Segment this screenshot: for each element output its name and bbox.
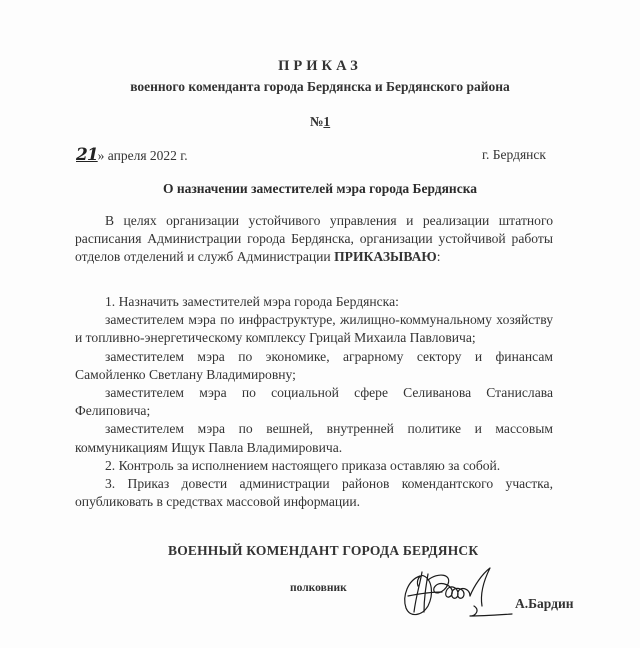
list-item: заместителем мэра по инфраструктуре, жил… — [75, 311, 553, 347]
order-heading: О назначении заместителей мэра города Бе… — [0, 181, 640, 197]
order-items: 1. Назначить заместителей мэра города Бе… — [75, 293, 553, 511]
signatory-name: А.Бардин — [515, 596, 574, 612]
preamble-paragraph: В целях организации устойчивого управлен… — [75, 212, 553, 267]
list-item: 3. Приказ довести администрации районов … — [75, 475, 553, 511]
order-city: г. Бердянск — [482, 147, 546, 163]
list-item: заместителем мэра по экономике, аграрном… — [75, 348, 553, 384]
signatory-position: ВОЕННЫЙ КОМЕНДАНТ ГОРОДА БЕРДЯНСК — [168, 543, 478, 559]
document-title: ПРИКАЗ — [0, 58, 640, 75]
number-prefix: № — [310, 114, 324, 129]
order-date: 21» апреля 2022 г. — [76, 145, 188, 165]
command-word: ПРИКАЗЫВАЮ — [334, 249, 437, 264]
handwritten-signature — [398, 566, 513, 622]
list-item: 2. Контроль за исполнением настоящего пр… — [75, 457, 553, 475]
document-subtitle: военного коменданта города Бердянска и Б… — [0, 79, 640, 95]
handwritten-day: 21 — [76, 145, 98, 165]
number-value: 1 — [323, 114, 330, 129]
signatory-rank: полковник — [290, 582, 347, 594]
preamble-text: В целях организации устойчивого управлен… — [75, 213, 553, 264]
preamble: В целях организации устойчивого управлен… — [75, 212, 553, 267]
date-rest: » апреля 2022 г. — [98, 148, 188, 163]
order-number: №1 — [0, 114, 640, 130]
list-item: заместителем мэра по социальной сфере Се… — [75, 384, 553, 420]
signature-icon — [398, 566, 513, 622]
command-suffix: : — [437, 249, 441, 264]
list-item: заместителем мэра по вешней, внутренней … — [75, 420, 553, 456]
list-item: 1. Назначить заместителей мэра города Бе… — [75, 293, 553, 311]
